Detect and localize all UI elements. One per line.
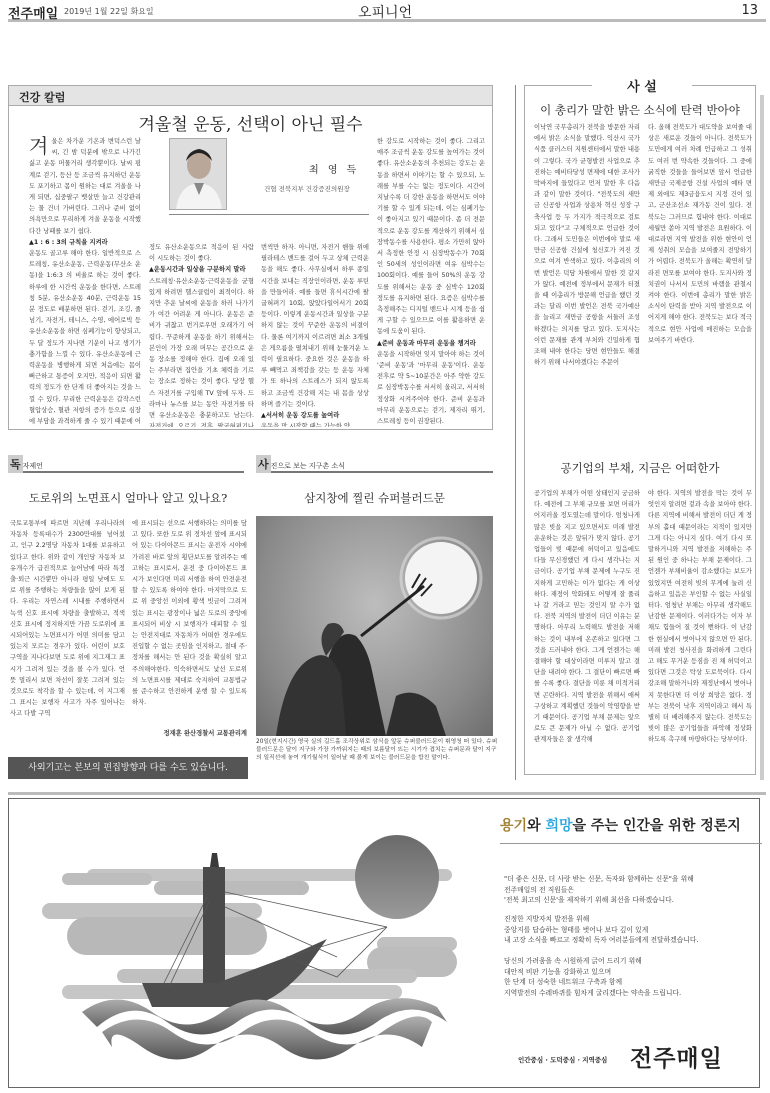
ad-paragraph-1: "더 좋은 신문, 더 사랑 받는 신문, 독자와 함께하는 신문"을 위해 전… — [504, 874, 694, 906]
photo-section-header: 사진으로 보는 지구촌 소식 — [256, 455, 493, 473]
photo-section-cap: 사 — [256, 455, 271, 473]
author-role: 건협 전북지부 건강증진의원장 — [264, 184, 350, 193]
health-column-title: 겨울철 운동, 선택이 아닌 필수 — [9, 110, 492, 135]
statue-moon-image-icon — [256, 516, 493, 736]
reader-section-header: 독자제언 — [8, 455, 244, 473]
author-divider — [169, 214, 369, 215]
author-portrait-icon — [170, 139, 227, 210]
ship-illustration-icon — [17, 807, 457, 1077]
health-col-3: 번씩만 하자. 아니면, 자전거 핸들 위에 필라테스 밴드를 걸어 두고 상체… — [261, 242, 369, 427]
disclaimer-banner: 사외기고는 본보의 편집방향과 다를 수도 있습니다. — [8, 757, 248, 779]
masthead: 전주매일 2019년 1월 22일 화요일 오피니언 13 — [8, 0, 766, 22]
reader-section-cap: 독 — [8, 455, 23, 473]
page-edge-bar — [760, 95, 764, 780]
editorial-title-1: 이 총리가 말한 밝은 소식에 탄력 반아야 — [524, 102, 756, 118]
health-col-4: 한 강도로 시작하는 것이 좋다. 그리고 매주 조금씩 운동 강도를 높여가는… — [377, 136, 485, 426]
ad-headline-hope: 희망 — [545, 818, 572, 834]
reader-col-1: 국토교통부에 따르면 지난해 우리나라의 자동차 등록대수가 2300만대를 넘… — [10, 518, 125, 743]
ad-headline-courage: 용기 — [500, 818, 527, 834]
subheading: ▲운동시간과 일상을 구분하지 말라 — [149, 266, 246, 273]
supermoon-photo — [256, 516, 493, 736]
reader-section-rest: 자제언 — [23, 462, 43, 470]
photo-section-rest: 진으로 보는 지구촌 소식 — [271, 462, 345, 470]
reader-byline: 정재훈 완산경찰서 교통관리계 — [132, 728, 247, 740]
editorial-1-col-2: 다. 올해 전북도가 대도약을 보여줄 대상은 새로운 것들이 아니다. 전북도… — [648, 122, 752, 432]
page-number: 13 — [741, 3, 758, 18]
issue-date: 2019년 1월 22일 화요일 — [64, 6, 154, 17]
author-name: 최 영 득 — [309, 161, 359, 176]
editorial-label: 사 설 — [592, 76, 692, 95]
ad-paragraph-2: 진정한 지방자치 발전을 위해 중앙지를 답습하는 형태를 벗어나 보다 깊이 … — [504, 914, 699, 946]
health-col-1: 겨 울은 차가운 기온과 변덕스런 날씨, 긴 밤 덕분에 밖으로 나가긴 싫고… — [29, 136, 141, 426]
reader-col-2: 에 표시되는 선으로 서행하라는 의미를 담고 있다. 또한 도로 위 정차선 … — [132, 518, 247, 728]
ad-headline: 용기와 희망을 주는 인간을 위한 정론지 — [500, 815, 741, 835]
health-column-label: 건강 칼럼 — [9, 86, 492, 106]
editorial-1-col-1: 이낙연 국무총리가 전북을 방문한 자리에서 밝은 소식을 말했다. 익산시 국… — [534, 122, 640, 432]
brand-name: 전주매일 — [8, 3, 58, 22]
ad-paragraph-3: 당신의 가려움을 속 시원하게 긁어 드리기 위해 대안적 비판 기능을 강화하… — [504, 956, 681, 998]
horizontal-separator — [8, 792, 766, 795]
photo-caption: 20일(현지시간) 영국 실의 길드홀 조각상위로 삼식을 앞둔 슈퍼블러드문이… — [256, 738, 501, 762]
column-divider — [515, 85, 516, 780]
health-col-2: 정도 유산소운동으로 적응이 된 사람이 시도하는 것이 좋다. ▲운동시간과 … — [149, 242, 254, 427]
subheading: ▲준비 운동과 마무리 운동을 챙겨라 — [377, 340, 476, 347]
subheading: ▲1 : 6 : 3의 규칙을 지켜라 — [29, 239, 108, 246]
editorial-2-col-1: 공기업의 부채가 어떤 상태인지 궁금하다. 예전에 그 부채 규모를 보면 머… — [534, 488, 640, 768]
editorial-2-col-2: 야 한다. 지역의 발전을 막는 것이 무엇인지 알려면 겉과 속을 보아야 한… — [648, 488, 752, 768]
section-title: 오피니언 — [358, 2, 412, 22]
reader-title: 도로위의 노면표시 얼마나 알고 있나요? — [8, 490, 248, 506]
editorial-title-2: 공기업의 부채, 지금은 어떠한가 — [524, 460, 756, 476]
ad-logo: 전주매일 — [630, 1040, 723, 1073]
ad-headline-rule — [500, 843, 762, 844]
health-column: 건강 칼럼 겨울철 운동, 선택이 아닌 필수 겨 울은 차가운 기온과 변덕스… — [8, 85, 493, 430]
subheading: ▲서서히 운동 강도를 높여라 — [261, 412, 339, 419]
photo-title: 삼지창에 찔린 슈퍼블러드문 — [256, 490, 493, 506]
ad-tagline: 인간중심 · 도덕중심 · 지역중심 — [518, 1055, 607, 1064]
dropcap: 겨 — [29, 136, 48, 156]
author-photo — [169, 138, 227, 210]
